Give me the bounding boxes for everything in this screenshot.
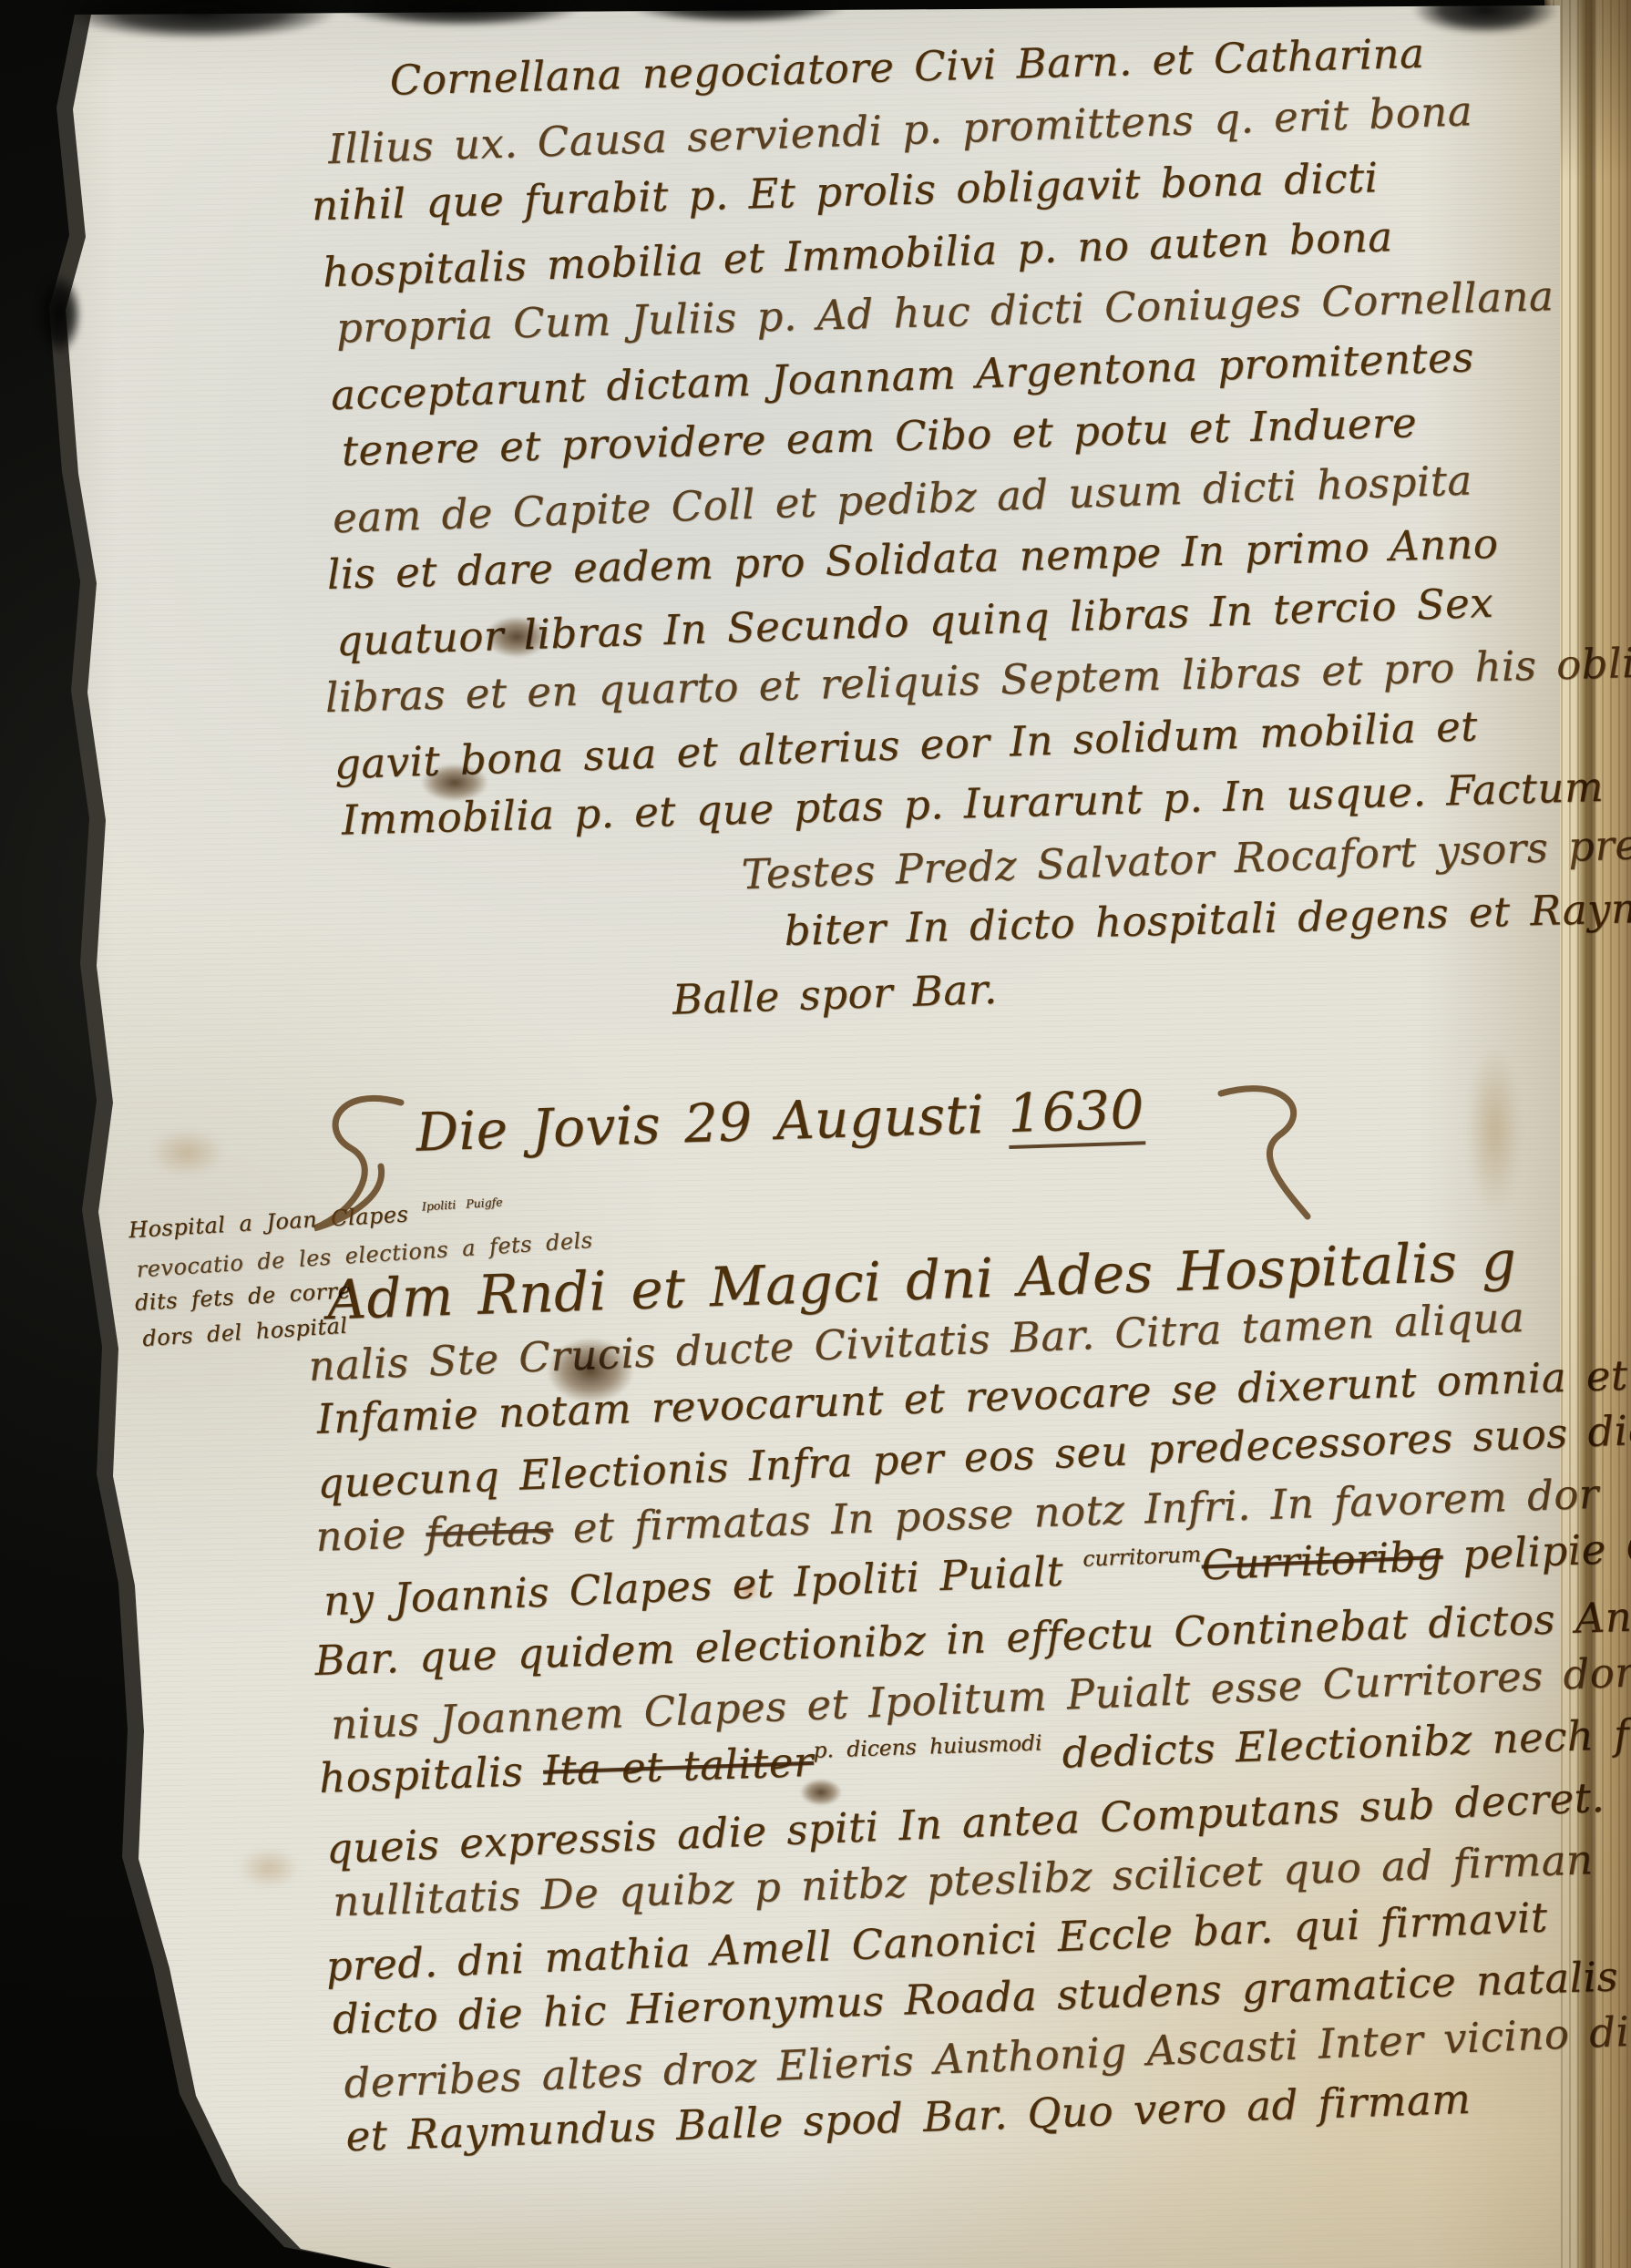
manuscript-scan: Cornellana negociatore Civi Barn. et Cat… (0, 0, 1631, 2268)
stain (228, 1841, 310, 1895)
manuscript-entry-1: Cornellana negociatore Civi Barn. et Cat… (303, 12, 1631, 1039)
text-segment: hospitalis (318, 1747, 544, 1802)
text-segment: Balle spor Bar. (672, 964, 998, 1023)
stain (1458, 1021, 1531, 1239)
struck-text: factas (425, 1504, 553, 1557)
underlined-year: 1630 (1007, 1078, 1145, 1149)
stain (137, 1121, 237, 1185)
edge-shadow-blob (36, 273, 82, 355)
struck-text: Curritoribg (1201, 1531, 1444, 1589)
text-segment: pelipie Civ (1441, 1521, 1631, 1579)
text-segment: noie (315, 1509, 427, 1561)
interlinear-insertion: p. dicens huiusmodi (813, 1730, 1042, 1763)
struck-text: Ita et taliter (542, 1738, 815, 1795)
interlinear-insertion: Ipoliti Puigfe (421, 1196, 502, 1214)
manuscript-entry-2: Adm Rndi et Magci dni Ades Hospitalis gn… (301, 1220, 1631, 2170)
text-segment: Die Jovis 29 Augusti (415, 1083, 1009, 1164)
interlinear-insertion: curritorum (1082, 1541, 1202, 1571)
